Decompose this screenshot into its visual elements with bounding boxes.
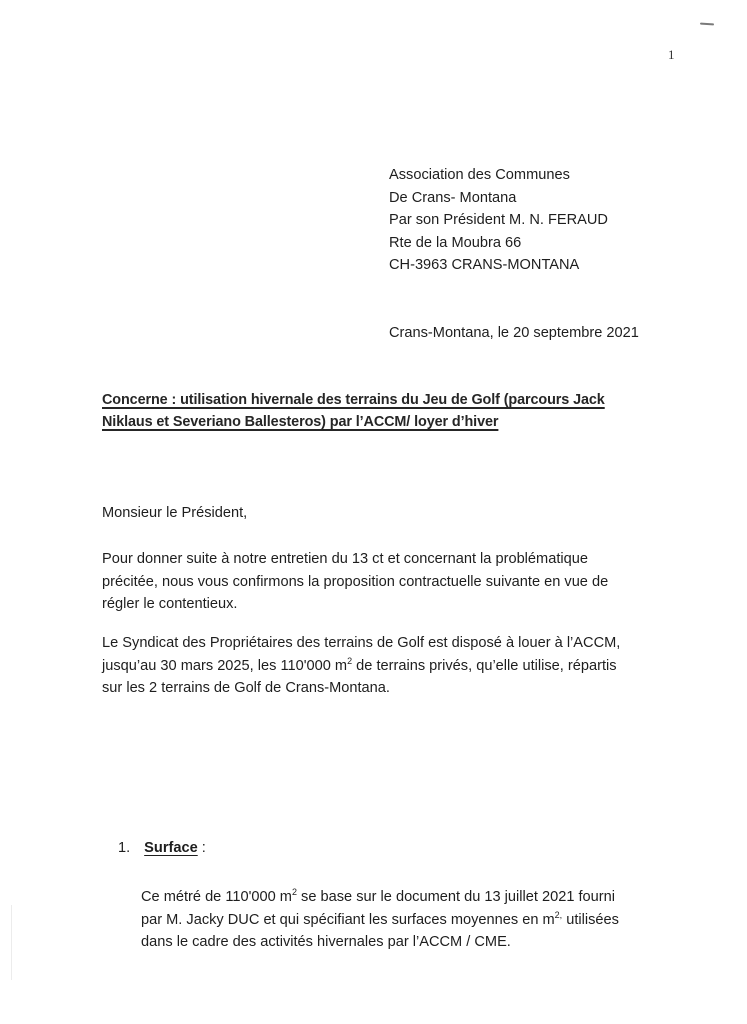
paragraph-rental-offer: Le Syndicat des Propriétaires des terrai…: [102, 632, 620, 700]
text-fragment: de terrains privés, qu’elle utilise, rép…: [352, 658, 616, 674]
subject-line-1: Concerne : utilisation hivernale des ter…: [102, 389, 702, 411]
subject-line-2: Niklaus et Severiano Ballesteros) par l’…: [102, 411, 702, 433]
section-number: 1.: [118, 840, 130, 856]
text-fragment: utilisées: [562, 912, 619, 928]
paragraph-surface: Ce métré de 110'000 m2 se base sur le do…: [141, 886, 619, 954]
section-1-heading: 1.Surface :: [118, 840, 206, 856]
text-fragment: par M. Jacky DUC et qui spécifiant les s…: [141, 912, 555, 928]
scan-artifact-edge: [11, 905, 12, 980]
document-page: 1 Association des Communes De Crans- Mon…: [0, 0, 747, 1024]
text-fragment: jusqu’au 30 mars 2025, les 110'000 m: [102, 658, 347, 674]
recipient-line-street: Rte de la Moubra 66: [389, 232, 608, 255]
paragraph-line: par M. Jacky DUC et qui spécifiant les s…: [141, 909, 619, 932]
section-title: Surface: [144, 840, 198, 856]
paragraph-line: Ce métré de 110'000 m2 se base sur le do…: [141, 886, 619, 909]
subject-line: Concerne : utilisation hivernale des ter…: [102, 389, 702, 433]
paragraph-line: Pour donner suite à notre entretien du 1…: [102, 548, 608, 571]
page-number: 1: [668, 47, 675, 63]
paragraph-line: dans le cadre des activités hivernales p…: [141, 931, 619, 954]
scan-artifact-mark: [700, 23, 714, 26]
recipient-line-organization: Association des Communes: [389, 164, 608, 187]
text-fragment: Ce métré de 110'000 m: [141, 889, 292, 905]
paragraph-line: jusqu’au 30 mars 2025, les 110'000 m2 de…: [102, 655, 620, 678]
place-and-date: Crans-Montana, le 20 septembre 2021: [389, 325, 639, 341]
recipient-line-president: Par son Président M. N. FERAUD: [389, 209, 608, 232]
paragraph-line: précitée, nous vous confirmons la propos…: [102, 571, 608, 594]
paragraph-line: Le Syndicat des Propriétaires des terrai…: [102, 632, 620, 655]
recipient-line-commune: De Crans- Montana: [389, 187, 608, 210]
text-fragment: se base sur le document du 13 juillet 20…: [297, 889, 615, 905]
recipient-line-city: CH-3963 CRANS-MONTANA: [389, 254, 608, 277]
section-title-suffix: :: [198, 840, 206, 856]
salutation: Monsieur le Président,: [102, 505, 247, 521]
paragraph-line: régler le contentieux.: [102, 593, 608, 616]
recipient-address: Association des Communes De Crans- Monta…: [389, 164, 608, 277]
paragraph-introduction: Pour donner suite à notre entretien du 1…: [102, 548, 608, 616]
paragraph-line: sur les 2 terrains de Golf de Crans-Mont…: [102, 677, 620, 700]
